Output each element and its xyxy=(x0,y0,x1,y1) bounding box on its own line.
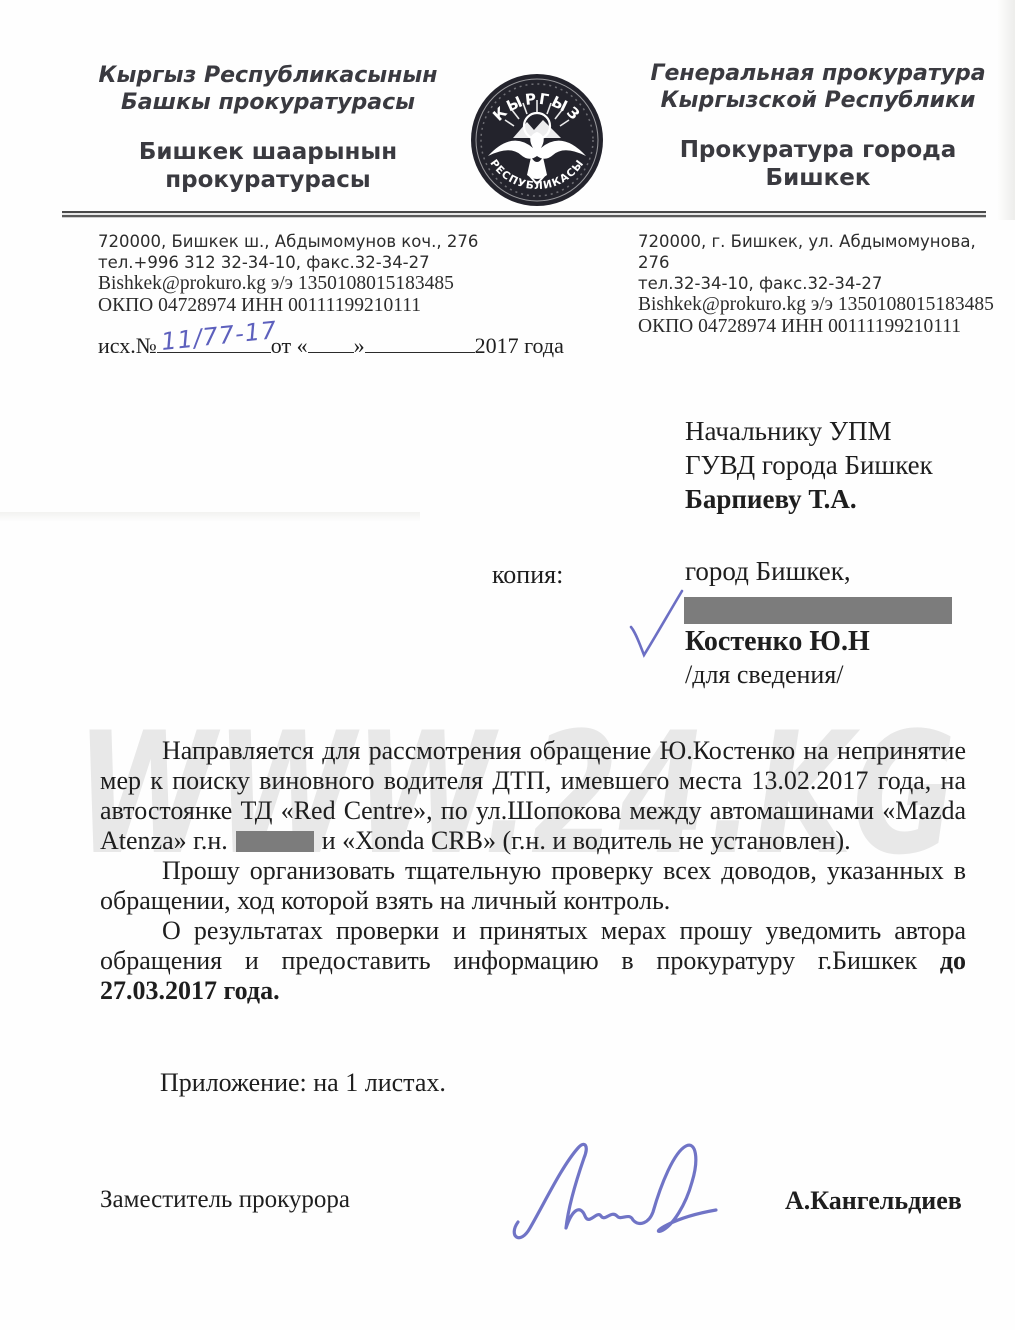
handwritten-ref-number: 11/77-17 xyxy=(160,316,279,356)
signer-name: А.Кангельдиев xyxy=(785,1186,962,1216)
spacer xyxy=(58,116,478,138)
org-russian-line2: Кыргызской Республики xyxy=(618,87,1015,114)
copy-recipient-name: Костенко Ю.Н xyxy=(685,626,870,658)
handwritten-signature xyxy=(500,1126,730,1263)
addressee-position: Начальнику УПМ xyxy=(685,414,933,448)
org-russian-line4: Бишкек xyxy=(618,164,1015,192)
addressee-block: Начальнику УПМ ГУВД города Бишкек Барпие… xyxy=(685,414,933,516)
header-divider-rule xyxy=(62,211,986,218)
phone-line: тел.+996 312 32-34-10, факс.32-34-27 xyxy=(98,252,528,273)
redaction-bar-plate-number xyxy=(236,831,314,852)
spacer xyxy=(618,114,1015,136)
handwritten-checkmark xyxy=(622,583,688,670)
email-account-line: Bishkek@prokuro.kg э/э 1350108015183485 xyxy=(98,273,528,295)
scanned-letter-page: Кыргыз Республикасынын Башкы прокуратура… xyxy=(0,0,1015,1330)
org-kyrgyz-line4: прокуратурасы xyxy=(58,166,478,194)
okpo-inn-line: ОКПО 04728974 ИНН 00111199210111 xyxy=(638,316,1008,338)
okpo-inn-line: ОКПО 04728974 ИНН 00111199210111 xyxy=(98,295,528,317)
org-name-kyrgyz: Кыргыз Республикасынын Башкы прокуратура… xyxy=(58,62,478,194)
paragraph-1: Направляется для рассмотрения обращение … xyxy=(100,736,966,856)
contact-block-right: 720000, г. Бишкек, ул. Абдымомунова, 276… xyxy=(638,231,1008,338)
outgoing-ref-line: исх.№11/77-17от «»2017 года xyxy=(98,332,564,359)
org-russian-line3: Прокуратура города xyxy=(618,136,1015,164)
paragraph-3: О результатах проверки и принятых мерах … xyxy=(100,916,966,1006)
redaction-bar-address xyxy=(684,597,952,624)
email-account-line: Bishkek@prokuro.kg э/э 1350108015183485 xyxy=(638,294,1008,316)
address-line: 720000, г. Бишкек, ул. Абдымомунова, 276 xyxy=(638,231,1008,273)
org-kyrgyz-line3: Бишкек шаарынын xyxy=(58,138,478,166)
paragraph-3-text: О результатах проверки и принятых мерах … xyxy=(100,916,966,975)
address-line: 720000, Бишкек ш., Абдымомунов коч., 276 xyxy=(98,231,528,252)
paragraph-2-text: Прошу организовать тщательную проверку в… xyxy=(100,856,966,915)
org-kyrgyz-line2: Башкы прокуратурасы xyxy=(58,89,478,116)
ref-month-blank xyxy=(365,332,475,353)
ref-year-label: 2017 года xyxy=(475,333,564,358)
copy-note: /для сведения/ xyxy=(685,660,844,690)
letter-body: Направляется для рассмотрения обращение … xyxy=(100,736,966,1006)
org-russian-line1: Генеральная прокуратура xyxy=(618,60,1015,87)
addressee-org: ГУВД города Бишкек xyxy=(685,448,933,482)
copy-label: копия: xyxy=(492,560,563,590)
org-kyrgyz-line1: Кыргыз Республикасынын xyxy=(58,62,478,89)
ref-prefix: исх.№ xyxy=(98,333,157,358)
scan-crease xyxy=(0,512,420,522)
ref-number-blank: 11/77-17 xyxy=(157,332,271,353)
paragraph-2: Прошу организовать тщательную проверку в… xyxy=(100,856,966,916)
ref-day-blank xyxy=(308,332,354,353)
ref-closing-quote: » xyxy=(354,333,365,358)
phone-line: тел.32-34-10, факс.32-34-27 xyxy=(638,273,1008,294)
addressee-name: Барпиеву Т.А. xyxy=(685,482,933,516)
signer-title: Заместитель прокурора xyxy=(100,1186,350,1214)
attachment-line: Приложение: на 1 листах. xyxy=(160,1068,446,1098)
org-name-russian: Генеральная прокуратура Кыргызской Респу… xyxy=(618,60,1015,192)
paragraph-1-text-end: и «Xonda CRB» (г.н. и водитель не устано… xyxy=(322,826,851,855)
kyrgyz-state-emblem-icon: КЫРГЫЗ РЕСПУБЛИКАСЫ xyxy=(468,72,606,213)
contact-block-left: 720000, Бишкек ш., Абдымомунов коч., 276… xyxy=(98,231,528,317)
copy-city: город Бишкек, xyxy=(685,556,851,587)
